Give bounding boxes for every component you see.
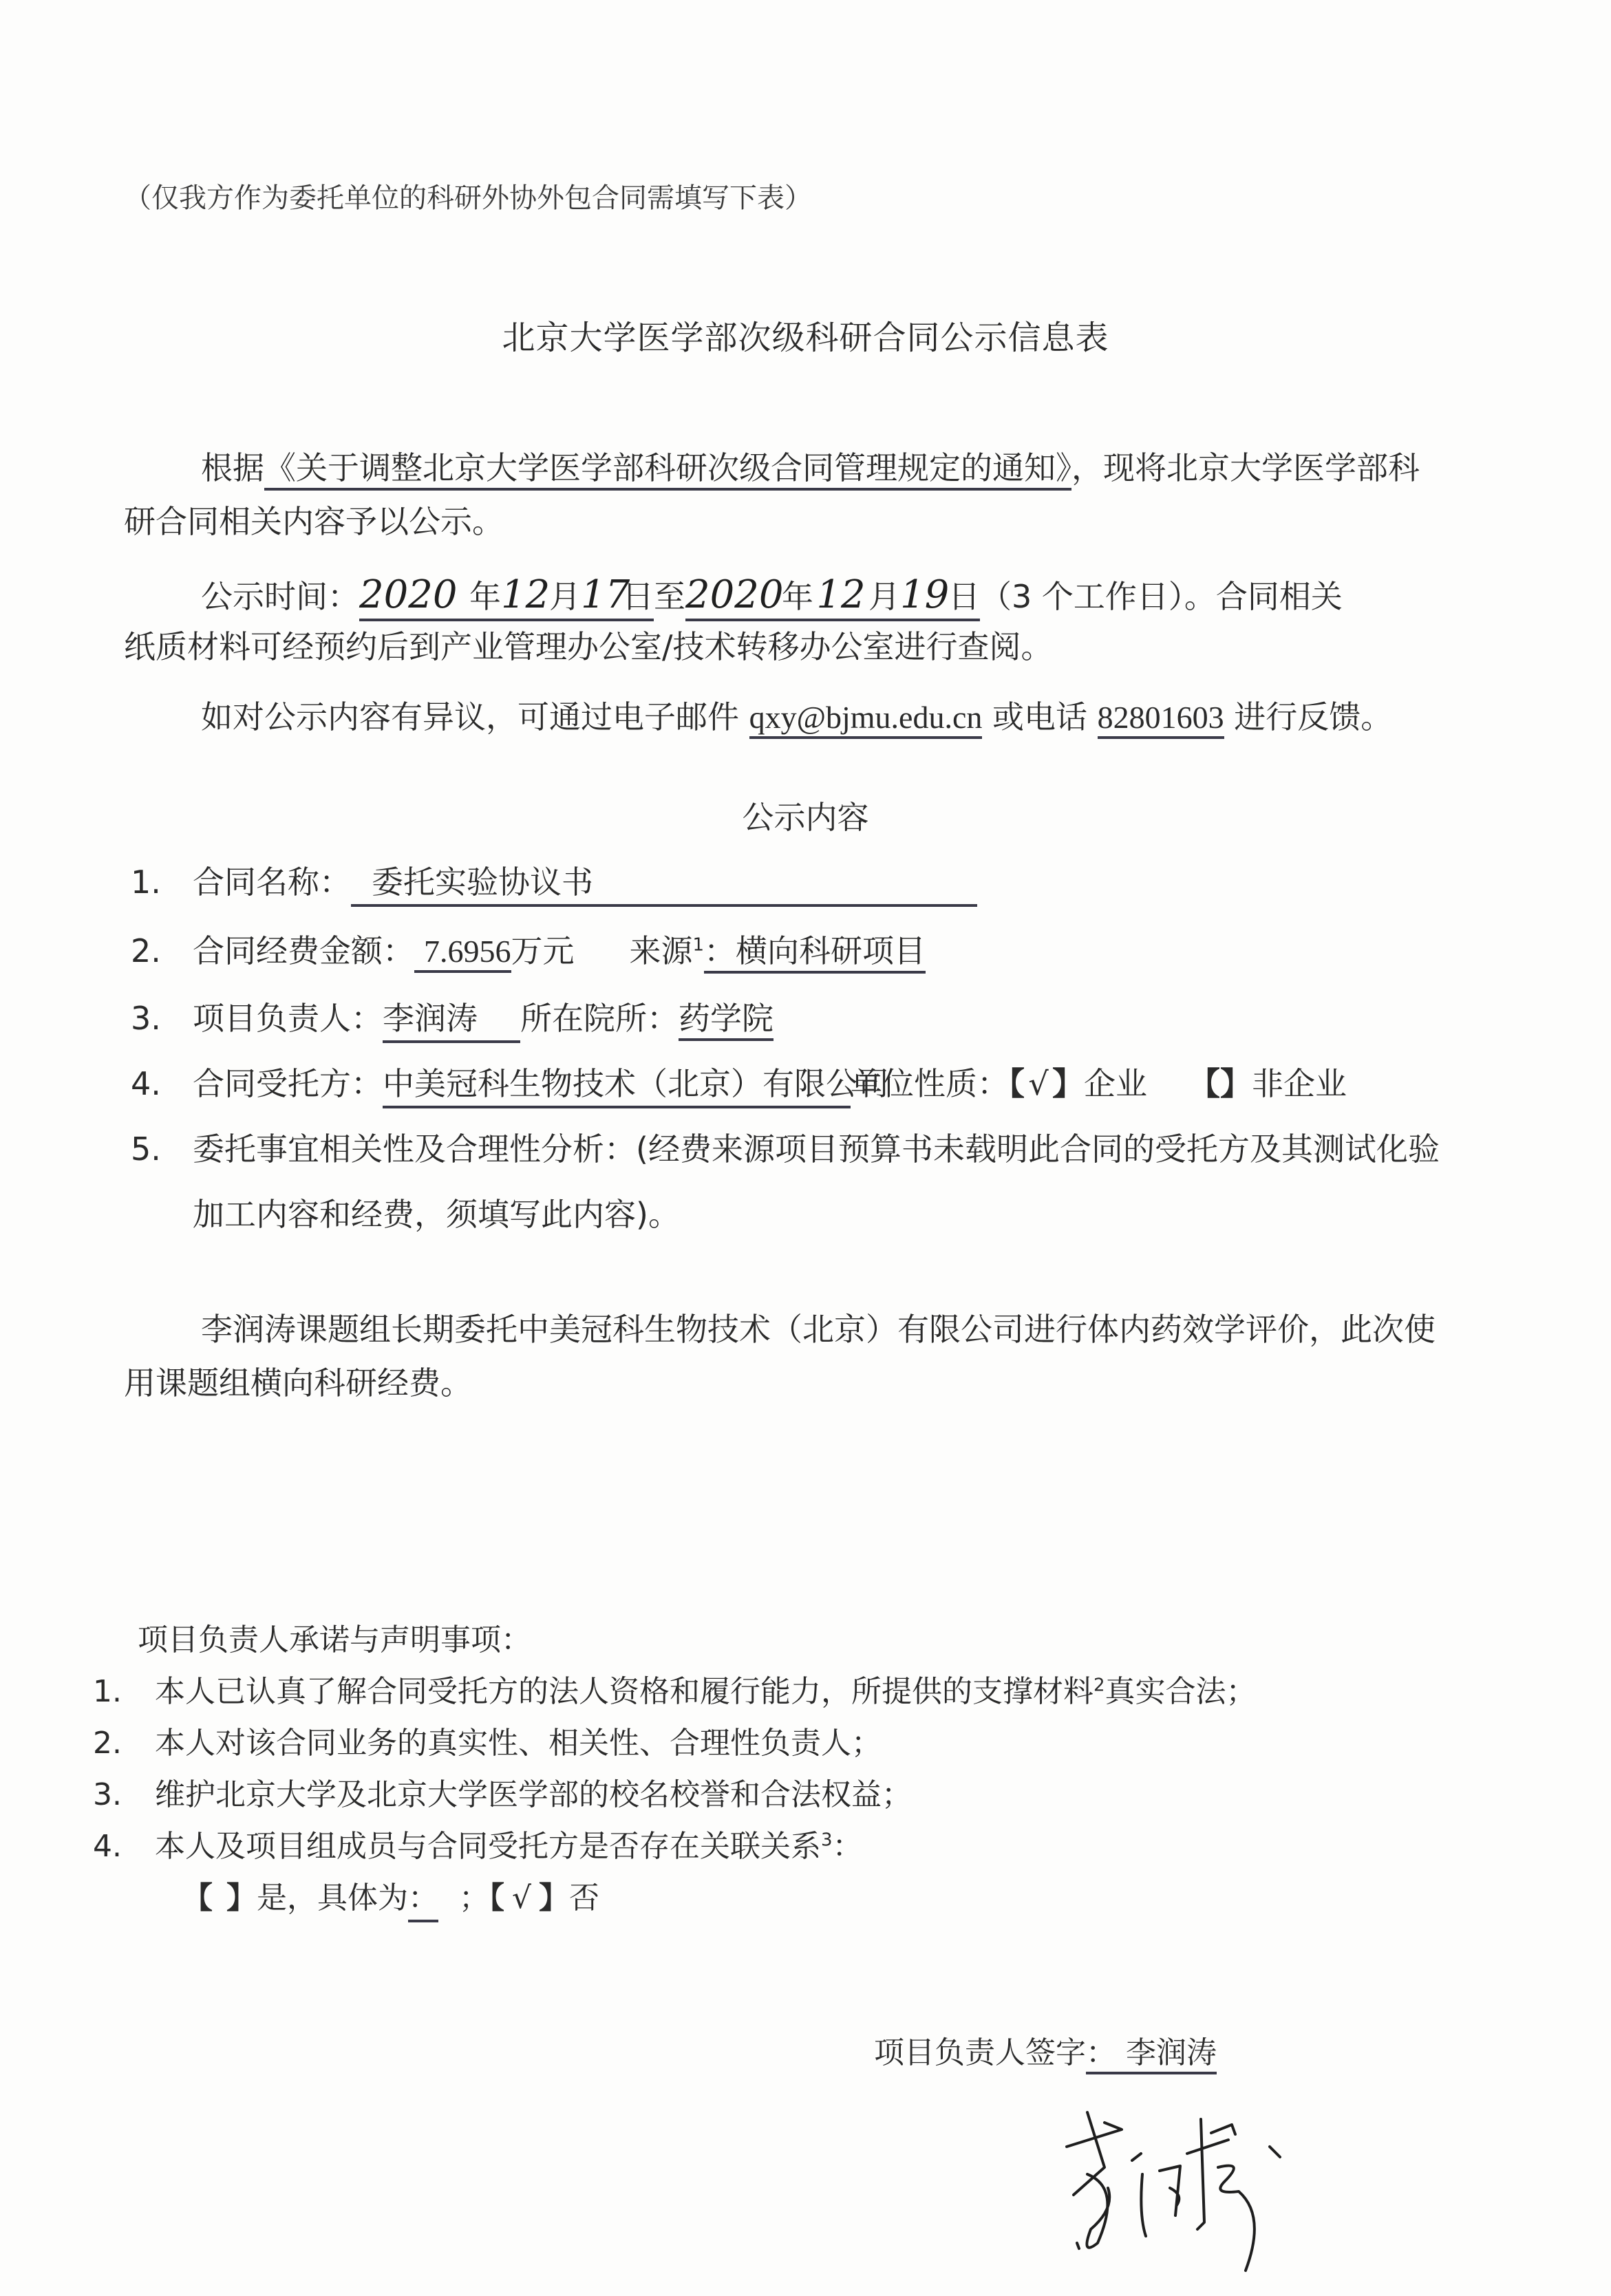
commitment-item-1: 1.本人已认真了解合同受托方的法人资格和履行能力，所提供的支撑材料2真实合法； [93,1672,1257,1712]
contact-suffix: 进行反馈。 [1224,698,1393,736]
year-char: 年 [782,578,813,615]
non-enterprise-label: 非企业 [1252,1065,1347,1102]
footnote-3: 3 [821,1830,833,1850]
yes-label: 是，具体为 [257,1880,408,1916]
relation-sep: ； [459,1880,489,1916]
item-number: 4. [131,1063,193,1104]
nature-label: 单位性质： [851,1065,1009,1102]
commitment-tail: ： [833,1829,863,1864]
signature-colon: ： [1086,2035,1116,2070]
notice-link[interactable]: 《关于调整北京大学医学部科研次级合同管理规定的通知》 [264,449,1071,491]
check-mark-icon: √ [1025,1063,1052,1104]
analysis-body-line-2: 用课题组横向科研经费。 [124,1362,472,1404]
leader-label: 项目负责人： [193,1000,383,1037]
period-line-2: 纸质材料可经预约后到产业管理办公室/技术转移办公室进行查阅。 [124,626,1053,667]
item-number: 2. [131,930,193,972]
page-title: 北京大学医学部次级科研合同公示信息表 [0,311,1611,358]
check-mark-icon: √ [504,1878,539,1918]
intro-line-1: 根据《关于调整北京大学医学部科研次级合同管理规定的通知》，现将北京大学医学部科 [201,447,1420,489]
commitment-item-3: 3.维护北京大学及北京大学医学部的校名校誉和合法权益； [93,1775,912,1815]
footnote-2: 2 [1093,1675,1105,1695]
month-char: 月 [549,578,581,615]
amount-unit: 万元 [511,932,575,969]
signature-scribble-icon [1039,2092,1335,2291]
commitment-text: 本人已认真了解合同受托方的法人资格和履行能力，所提供的支撑材料 [155,1674,1093,1709]
period-suffix: （3 个工作日）。合同相关 [980,578,1343,615]
day-char: 日 [948,578,980,615]
contract-name-value: 委托实验协议书 [372,863,593,901]
intro-prefix: 根据 [201,449,264,486]
footnote-1: 1 [693,935,705,956]
phone-number[interactable]: 82801603 [1098,700,1224,739]
item-number: 3. [93,1775,155,1815]
signature-field[interactable]: ： 李润涛 [1086,2035,1217,2074]
commitment-item-2: 2.本人对该合同业务的真实性、相关性、合理性负责人； [93,1724,882,1763]
day-char: 日 [622,578,654,615]
source-field[interactable]: ：横向科研项目 [704,932,926,974]
item-contract-name: 1.合同名称：委托实验协议书 [131,861,977,907]
intro-suffix: ，现将北京大学医学部科 [1071,449,1420,486]
dept-value[interactable]: 药学院 [679,1000,774,1041]
relation-colon: ： [408,1880,438,1916]
item-trustee: 4.合同受托方：中美冠科生物技术（北京）有限公司单位性质：【√】企业【】非企业 [131,1063,1347,1108]
commitment-text: 本人对该合同业务的真实性、相关性、合理性负责人； [155,1726,882,1761]
enterprise-label: 企业 [1084,1065,1147,1102]
analysis-body-line-1: 李润涛课题组长期委托中美冠科生物技术（北京）有限公司进行体内药效学评价，此次使 [201,1309,1436,1350]
amount-label: 合同经费金额： [193,932,414,969]
start-year: 2020 [359,575,469,616]
trustee-label: 合同受托方： [193,1065,383,1102]
item-amount: 2.合同经费金额：7.6956万元来源1：横向科研项目 [131,930,926,972]
source-colon: ： [704,932,736,969]
signature-name: 李润涛 [1126,2035,1217,2070]
start-date-field[interactable]: 2020年12月17日 [359,575,654,621]
start-day: 17 [581,575,622,616]
item-number: 3. [131,998,193,1039]
signature-label: 项目负责人签字 [874,2035,1086,2070]
item-number: 2. [93,1724,155,1763]
month-char: 月 [868,578,900,615]
checkbox-no[interactable]: 【√】 [489,1880,569,1916]
period-label: 公示时间： [201,578,359,615]
contact-line: 如对公示内容有异议，可通过电子邮件 qxy@bjmu.edu.cn 或电话 82… [201,696,1392,738]
end-month: 12 [813,575,868,616]
contact-middle: 或电话 [982,698,1097,736]
start-month: 12 [501,575,549,616]
checkbox-enterprise[interactable]: 【√】 [1009,1065,1084,1102]
item-number: 4. [93,1827,155,1867]
source-label: 来源 [630,932,693,969]
item-leader: 3.项目负责人：李润涛所在院所：药学院 [131,998,774,1043]
commitments-heading: 项目负责人承诺与声明事项： [138,1620,531,1660]
leader-value: 李润涛 [383,1000,478,1037]
end-date-field[interactable]: 2020年12月19日 [685,575,980,621]
analysis-label-line-2: 加工内容和经费，须填写此内容)。 [193,1194,680,1235]
relation-options: 【】是，具体为：；【√】否 [182,1878,599,1922]
source-value: 横向科研项目 [736,932,926,969]
year-char: 年 [469,578,501,615]
checkbox-non-enterprise[interactable]: 【】 [1188,1065,1252,1102]
checkbox-yes[interactable]: 【】 [182,1880,257,1916]
amount-value[interactable]: 7.6956 [414,934,511,973]
commitment-text: 本人及项目组成员与合同受托方是否存在关联关系 [155,1829,821,1864]
end-day: 19 [900,575,948,616]
analysis-label: 委托事宜相关性及合理性分析：(经费来源项目预算书未载明此合同的受托方及其测试化验 [193,1130,1440,1168]
item-number: 1. [131,861,193,903]
email-link[interactable]: qxy@bjmu.edu.cn [749,700,983,739]
publicity-period: 公示时间：2020年12月17日至2020年12月19日（3 个工作日）。合同相… [201,575,1343,621]
header-note: （仅我方作为委托单位的科研外协外包合同需填写下表） [124,180,812,216]
contact-prefix: 如对公示内容有异议，可通过电子邮件 [201,698,749,736]
trustee-field[interactable]: 中美冠科生物技术（北京）有限公司 [383,1063,851,1108]
contract-name-field[interactable]: 委托实验协议书 [351,861,977,907]
item-number: 5. [131,1128,193,1170]
period-to: 至 [654,578,685,615]
leader-field[interactable]: 李润涛 [383,998,520,1043]
commitment-text: 维护北京大学及北京大学医学部的校名校誉和合法权益； [155,1777,912,1812]
item-analysis: 5.委托事宜相关性及合理性分析：(经费来源项目预算书未载明此合同的受托方及其测试… [131,1128,1440,1170]
contract-name-label: 合同名称： [193,863,351,901]
end-year: 2020 [685,575,782,616]
no-label: 否 [569,1880,599,1916]
section-title: 公示内容 [0,797,1611,838]
intro-line-2: 研合同相关内容予以公示。 [124,501,504,542]
handwritten-signature [1039,2092,1335,2291]
signature-line: 项目负责人签字： 李润涛 [874,2033,1217,2073]
commitment-tail: 真实合法； [1105,1674,1257,1709]
trustee-value: 中美冠科生物技术（北京）有限公司 [383,1065,889,1102]
dept-label: 所在院所： [520,1000,679,1037]
relation-detail-field[interactable]: ： [408,1878,438,1922]
commitment-item-4: 4.本人及项目组成员与合同受托方是否存在关联关系3： [93,1827,863,1867]
item-number: 1. [93,1672,155,1712]
